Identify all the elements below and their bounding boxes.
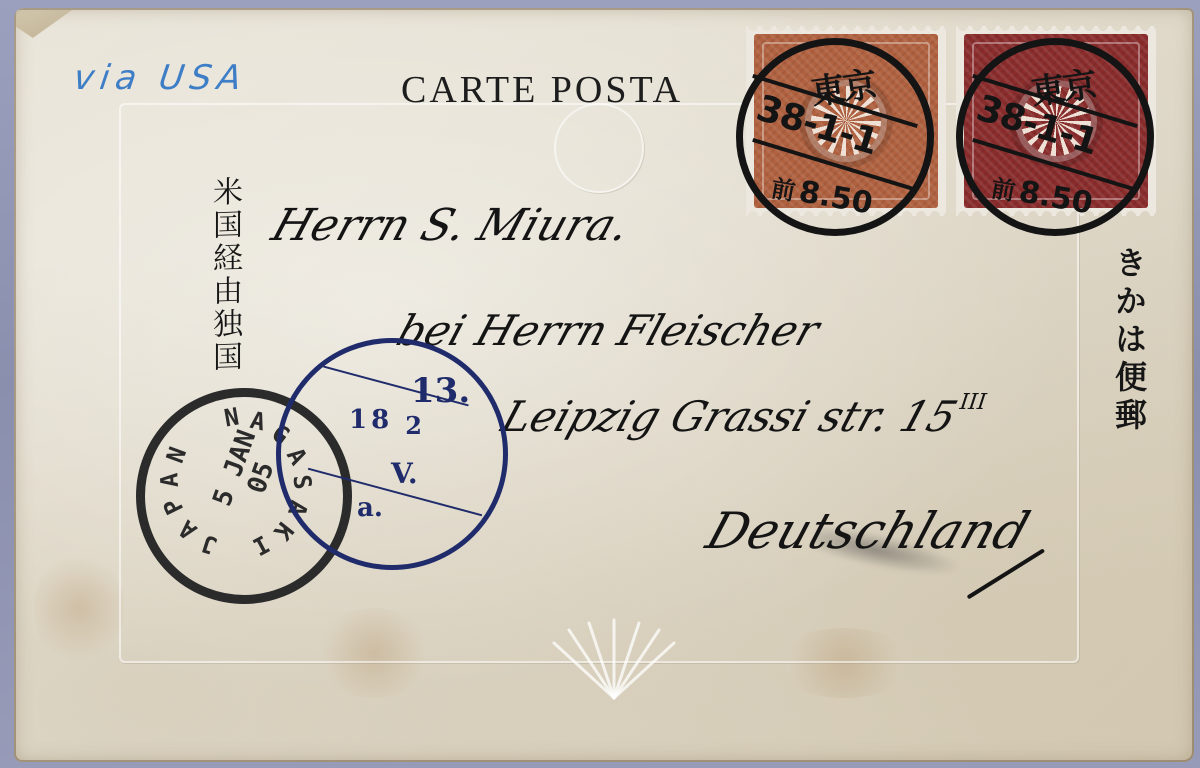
address-country: Deutschland	[700, 502, 1037, 560]
stain	[774, 628, 914, 698]
postmark-ring-text: NAGASAKI JAPAN	[145, 397, 343, 595]
leipzig-arrival-postmark: 13. 182 V. a.	[276, 338, 508, 570]
postmark-day: 13.	[411, 371, 470, 411]
postmark-suffix: a.	[357, 493, 383, 523]
postmark-center-date: 5 JAN 05	[206, 421, 289, 525]
stamp-design	[964, 34, 1148, 208]
stamp-design	[754, 34, 938, 208]
embossed-medallion	[554, 103, 644, 193]
stain	[34, 548, 124, 668]
japanese-routing-note: 米国経由独国	[209, 175, 239, 374]
chrysanthemum-emblem-icon	[1021, 86, 1091, 156]
address-recipient: Herrn S. Miura.	[266, 200, 637, 251]
embossed-fan-ornament	[534, 618, 694, 708]
postcard: via USA CARTE POSTA 東京 38-1-1 前8.50 東京 3…	[14, 8, 1194, 762]
chrysanthemum-emblem-icon	[811, 86, 881, 156]
nagasaki-transit-postmark: NAGASAKI JAPAN 5 JAN 05	[136, 388, 352, 604]
stain	[314, 608, 434, 698]
address-floor: III	[956, 390, 990, 415]
japanese-postcard-label: きかは便郵	[1106, 246, 1152, 436]
address-care-of: bei Herrn Fleischer	[391, 306, 825, 355]
postmark-hour: 182	[349, 405, 426, 435]
corner-fold	[16, 10, 72, 38]
routing-note: via USA	[71, 58, 250, 98]
address-street: Leipzig Grassi str. 15III	[496, 390, 990, 441]
postcard-title: CARTE POSTA	[401, 68, 683, 112]
stamp-left	[746, 26, 946, 216]
stamp-right	[956, 26, 1156, 216]
postmark-month: V.	[391, 457, 418, 490]
